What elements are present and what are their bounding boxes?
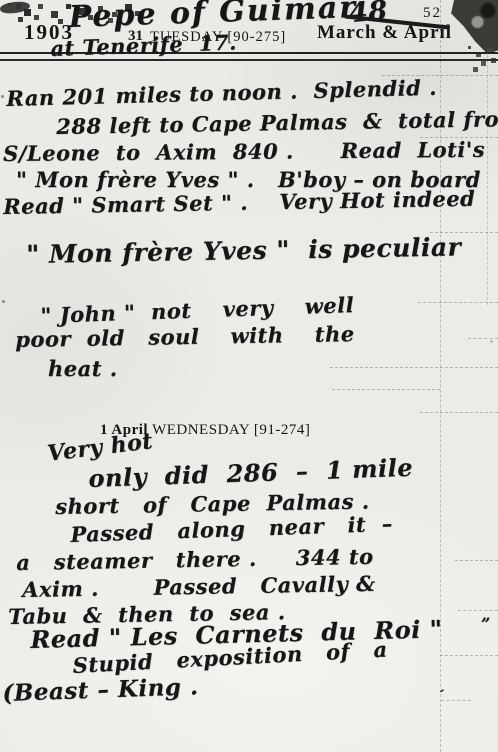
diary-page-scan: 1903 31 TUESDAY [90-275] March & April P… — [0, 0, 498, 752]
scan-speckles-top-left — [8, 3, 11, 6]
scan-speck — [2, 300, 5, 303]
ledger-horizontal-line — [332, 389, 440, 390]
scan-artifact-top-left — [0, 0, 31, 15]
handwriting-line: a steamer there . 344 to — [16, 544, 374, 575]
handwritten-crossed-number: 48 — [348, 0, 389, 29]
ledger-horizontal-line — [440, 655, 498, 656]
ledger-horizontal-line — [420, 412, 498, 413]
handwriting-line: 288 left to Cape Palmas & total from — [56, 106, 498, 139]
ledger-horizontal-line — [468, 338, 498, 339]
ledger-vertical-line — [487, 55, 488, 305]
stray-pen-mark: ′ — [437, 686, 445, 705]
ledger-horizontal-line — [441, 700, 471, 701]
scan-artifact-top-right — [449, 0, 498, 54]
handwriting-line: heat . — [48, 356, 118, 381]
ledger-horizontal-line — [455, 560, 498, 561]
handwriting-line: Very hot — [46, 428, 154, 467]
handwriting-line: S/Leone to Axim 840 . Read Loti's — [3, 137, 485, 166]
handwriting-line: (Beast – King . — [2, 673, 199, 707]
printed-date-rest: WEDNESDAY [91-274] — [148, 422, 310, 438]
scan-speck — [1, 95, 4, 98]
ledger-horizontal-line — [458, 610, 498, 611]
handwriting-line: Ran 201 miles to noon . Splendid . — [6, 75, 437, 111]
stray-quote-mark: ” — [481, 614, 491, 633]
handwriting-line: poor old soul with the — [15, 321, 355, 352]
scan-speck — [490, 340, 493, 343]
handwriting-line: only did 286 – 1 mile — [88, 453, 413, 493]
scan-speckles-top-right — [468, 46, 471, 49]
handwritten-location-note: at Tenerife 17. — [50, 29, 237, 60]
handwriting-line: " Mon frère Yves " is peculiar — [26, 232, 461, 269]
ledger-horizontal-line — [418, 302, 498, 303]
handwriting-line: Axim . Passed Cavally & — [22, 571, 376, 602]
corrected-number: 52 — [423, 5, 442, 22]
ledger-horizontal-line — [330, 367, 498, 368]
